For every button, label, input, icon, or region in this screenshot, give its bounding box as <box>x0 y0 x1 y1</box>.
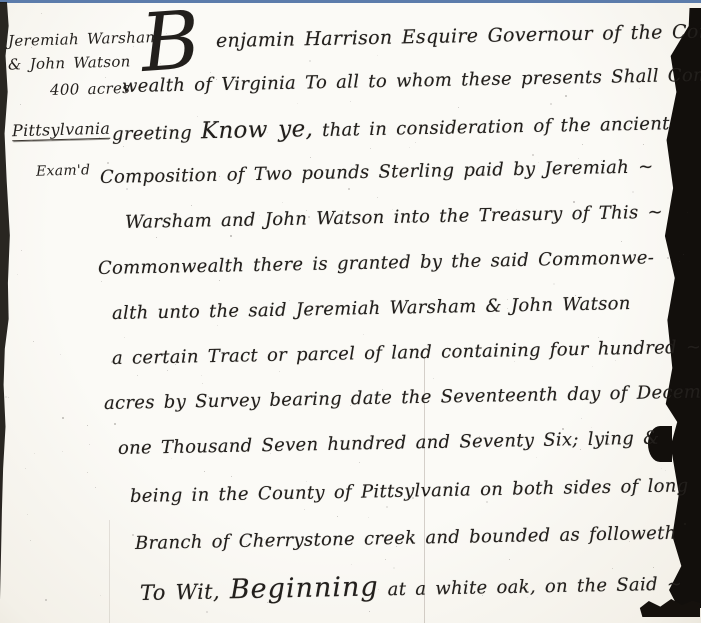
scan-noise-dot <box>201 375 202 376</box>
margin-note-grantee-1: Jeremiah Warsham <box>8 28 160 50</box>
scan-noise-dot <box>350 101 351 102</box>
scan-noise-dot <box>385 559 386 560</box>
scan-noise-dot <box>393 567 395 569</box>
scan-noise-dot <box>615 360 616 361</box>
line-segment: that in consideration of the ancient <box>313 113 670 141</box>
line-segment-beginning: Beginning <box>230 571 379 605</box>
scan-noise-dot <box>337 516 338 517</box>
scan-noise-dot <box>639 88 640 89</box>
scan-noise-dot <box>89 444 90 445</box>
scan-noise-dot <box>204 471 205 472</box>
scan-noise-dot <box>132 534 134 536</box>
margin-note-grantee-2: & John Watson <box>8 52 131 73</box>
manuscript-line: Commonwealth there is granted by the sai… <box>98 247 655 279</box>
scan-noise-dot <box>107 162 109 164</box>
scan-noise-dot <box>210 72 211 73</box>
scan-noise-dot <box>550 103 552 105</box>
manuscript-line: Branch of Cherrystone creek and bounded … <box>135 523 677 554</box>
scan-noise-dot <box>20 104 21 105</box>
scan-noise-dot <box>409 147 410 148</box>
scan-noise-dot <box>100 595 101 596</box>
manuscript-line: being in the County of Pittsylvania on b… <box>130 475 689 507</box>
line-segment-towit: To Wit, <box>140 579 230 605</box>
scan-noise-dot <box>592 366 593 367</box>
line-segment-emphasis: Know ye, <box>201 116 314 144</box>
scan-noise-dot <box>433 378 434 379</box>
manuscript-line: Warsham and John Watson into the Treasur… <box>125 202 663 233</box>
manuscript-line: a certain Tract or parcel of land contai… <box>112 337 701 369</box>
scan-noise-dot <box>171 458 172 459</box>
scan-noise-dot <box>486 501 488 503</box>
scan-noise-dot <box>661 468 662 469</box>
scan-noise-dot <box>156 237 157 238</box>
scan-noise-dot <box>191 205 192 206</box>
manuscript-line: acres by Survey bearing date the Sevente… <box>104 381 701 414</box>
scan-noise-dot <box>126 188 128 190</box>
manuscript-line: Composition of Two pounds Sterling paid … <box>100 156 654 188</box>
scan-top-border <box>0 0 701 3</box>
margin-note-examined: Exam'd <box>36 162 91 179</box>
scan-noise-dot <box>114 423 116 425</box>
scan-noise-dot <box>565 95 567 97</box>
manuscript-line: alth unto the said Jeremiah Warsham & Jo… <box>112 293 631 324</box>
scan-noise-dot <box>62 451 63 452</box>
scan-noise-dot <box>87 425 88 426</box>
scan-noise-dot <box>304 509 305 510</box>
manuscript-line: one Thousand Seven hundred and Seventy S… <box>118 428 660 459</box>
manuscript-line: enjamin Harrison Esquire Governour of th… <box>216 19 701 52</box>
scan-noise-dot <box>219 280 220 281</box>
scan-noise-dot <box>231 476 232 477</box>
scan-noise-dot <box>279 371 280 372</box>
scan-noise-dot <box>62 417 64 419</box>
scan-noise-dot <box>25 468 26 469</box>
scan-noise-dot <box>370 148 371 149</box>
scan-noise-dot <box>95 487 96 488</box>
scan-noise-dot <box>509 559 510 560</box>
scan-noise-dot <box>621 241 622 242</box>
scan-noise-dot <box>30 540 31 541</box>
scan-noise-dot <box>197 116 198 117</box>
scan-noise-dot <box>33 341 34 342</box>
scan-noise-dot <box>105 77 106 78</box>
scan-noise-dot <box>60 354 61 355</box>
scan-noise-dot <box>665 470 666 471</box>
paper-crease-left <box>109 520 110 623</box>
scan-noise-dot <box>667 257 669 259</box>
scan-noise-dot <box>368 517 369 518</box>
scan-noise-dot <box>348 188 350 190</box>
manuscript-line: wealth of Virginia To all to whom these … <box>122 64 701 97</box>
scan-noise-dot <box>581 418 582 419</box>
scan-noise-dot <box>458 107 459 108</box>
margin-note-county: Pittsylvania <box>12 119 111 142</box>
scan-noise-dot <box>282 202 283 203</box>
scan-noise-dot <box>5 396 7 398</box>
scan-noise-dot <box>351 564 352 565</box>
scan-noise-dot <box>124 337 125 338</box>
scan-noise-dot <box>8 397 9 398</box>
scan-noise-dot <box>17 274 18 275</box>
scan-noise-dot <box>553 283 555 285</box>
page-edge-right <box>660 8 701 608</box>
scan-noise-dot <box>34 453 35 454</box>
scan-noise-dot <box>377 55 378 56</box>
scan-noise-dot <box>206 611 208 613</box>
scan-noise-dot <box>359 462 360 463</box>
scan-noise-dot <box>45 599 47 601</box>
scan-noise-dot <box>41 13 42 14</box>
scan-noise-dot <box>27 514 28 515</box>
scan-noise-dot <box>386 506 388 508</box>
scan-noise-dot <box>415 142 416 143</box>
scan-noise-dot <box>87 472 88 473</box>
scan-noise-dot <box>582 144 583 145</box>
margin-note-acreage: 400 acres <box>50 79 131 99</box>
scan-noise-dot <box>21 250 22 251</box>
scan-noise-dot <box>167 370 168 371</box>
drop-cap-initial: B <box>138 0 203 84</box>
scanned-page: Jeremiah Warsham & John Watson 400 acres… <box>0 0 701 623</box>
binding-shadow-left <box>0 2 12 600</box>
scan-noise-dot <box>377 197 378 198</box>
scan-noise-dot <box>310 157 311 158</box>
scan-noise-dot <box>202 383 203 384</box>
scan-noise-dot <box>230 235 232 237</box>
scan-noise-dot <box>532 154 534 156</box>
scan-noise-dot <box>297 103 298 104</box>
line-segment: at a white oak, on the Said ~ <box>378 574 682 601</box>
scan-noise-dot <box>101 281 102 282</box>
scan-noise-dot <box>369 611 370 612</box>
scan-noise-dot <box>536 457 537 458</box>
scan-noise-dot <box>643 144 644 145</box>
scan-noise-dot <box>123 146 124 147</box>
scan-noise-dot <box>632 191 634 193</box>
scan-noise-dot <box>363 334 364 335</box>
scan-noise-dot <box>217 325 218 326</box>
manuscript-line: greeting Know ye, that in consideration … <box>112 109 670 146</box>
scan-noise-dot <box>591 427 592 428</box>
scan-noise-dot <box>137 375 138 376</box>
line-segment: greeting <box>112 122 201 145</box>
scan-noise-dot <box>309 60 311 62</box>
manuscript-line: To Wit, Beginning at a white oak, on the… <box>140 566 683 607</box>
